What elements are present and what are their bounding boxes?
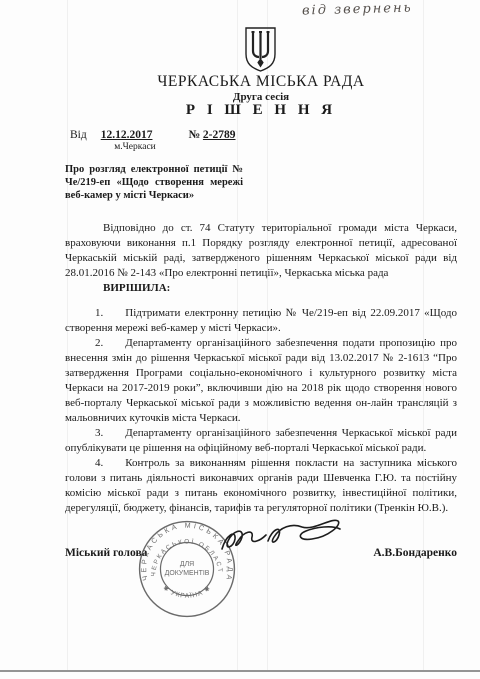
item-text: Департаменту організаційного забезпеченн… — [65, 427, 457, 454]
doc-city: м.Черкаси — [96, 142, 174, 152]
doc-meta-row: Від12.12.2017№ 2-2789 — [70, 129, 236, 141]
stamp-center-line2: ДОКУМЕНТІВ — [165, 570, 210, 577]
coat-of-arms-icon — [242, 26, 279, 73]
signature-scrawl — [216, 511, 346, 559]
from-label: Від — [70, 129, 87, 141]
resolution-items: 1.Підтримати електронну петицію № Че/219… — [65, 306, 457, 516]
resolution-item: 3.Департаменту організаційного забезпече… — [65, 426, 457, 456]
stamp-center-line1: ДЛЯ — [180, 561, 194, 568]
doc-number: 2-2789 — [203, 129, 236, 141]
doc-type-title: Р І Ш Е Н Н Я — [61, 102, 461, 119]
item-number: 3. — [95, 427, 103, 439]
stamp-ring-bottom-text: ✱ УКРАЇНА ✱ — [161, 584, 212, 600]
item-text: Контроль за виконанням рішення покласти … — [65, 457, 457, 514]
item-text: Підтримати електронну петицію № Че/219-е… — [65, 307, 457, 334]
resolution-item: 4.Контроль за виконанням рішення покласт… — [65, 456, 457, 516]
resolution-item: 1.Підтримати електронну петицію № Че/219… — [65, 306, 457, 336]
number-label: № — [188, 129, 200, 141]
svg-text:✱ УКРАЇНА ✱: ✱ УКРАЇНА ✱ — [161, 584, 212, 600]
preamble-text: Відповідно до ст. 74 Статуту територіаль… — [65, 221, 457, 281]
handwritten-note: від звернень — [302, 1, 413, 19]
item-number: 4. — [95, 457, 103, 469]
scan-bottom-edge — [0, 670, 480, 672]
resolution-item: 2.Департаменту організаційного забезпече… — [65, 336, 457, 426]
signer-name: А.В.Бондаренко — [373, 547, 457, 559]
org-title: ЧЕРКАСЬКА МІСЬКА РАДА — [61, 73, 461, 91]
item-text: Департаменту організаційного забезпеченн… — [65, 337, 457, 424]
doc-date: 12.12.2017 — [101, 129, 153, 141]
document-page: від звернень ЧЕРКАСЬКА МІСЬКА РАДА Друга… — [0, 0, 480, 679]
preamble-block: Відповідно до ст. 74 Статуту територіаль… — [65, 221, 457, 296]
doc-subject: Про розгляд електронної петиції № Че/219… — [65, 164, 243, 202]
item-number: 2. — [95, 337, 103, 349]
item-number: 1. — [95, 307, 103, 319]
resolved-label: ВИРІШИЛА: — [65, 281, 457, 296]
